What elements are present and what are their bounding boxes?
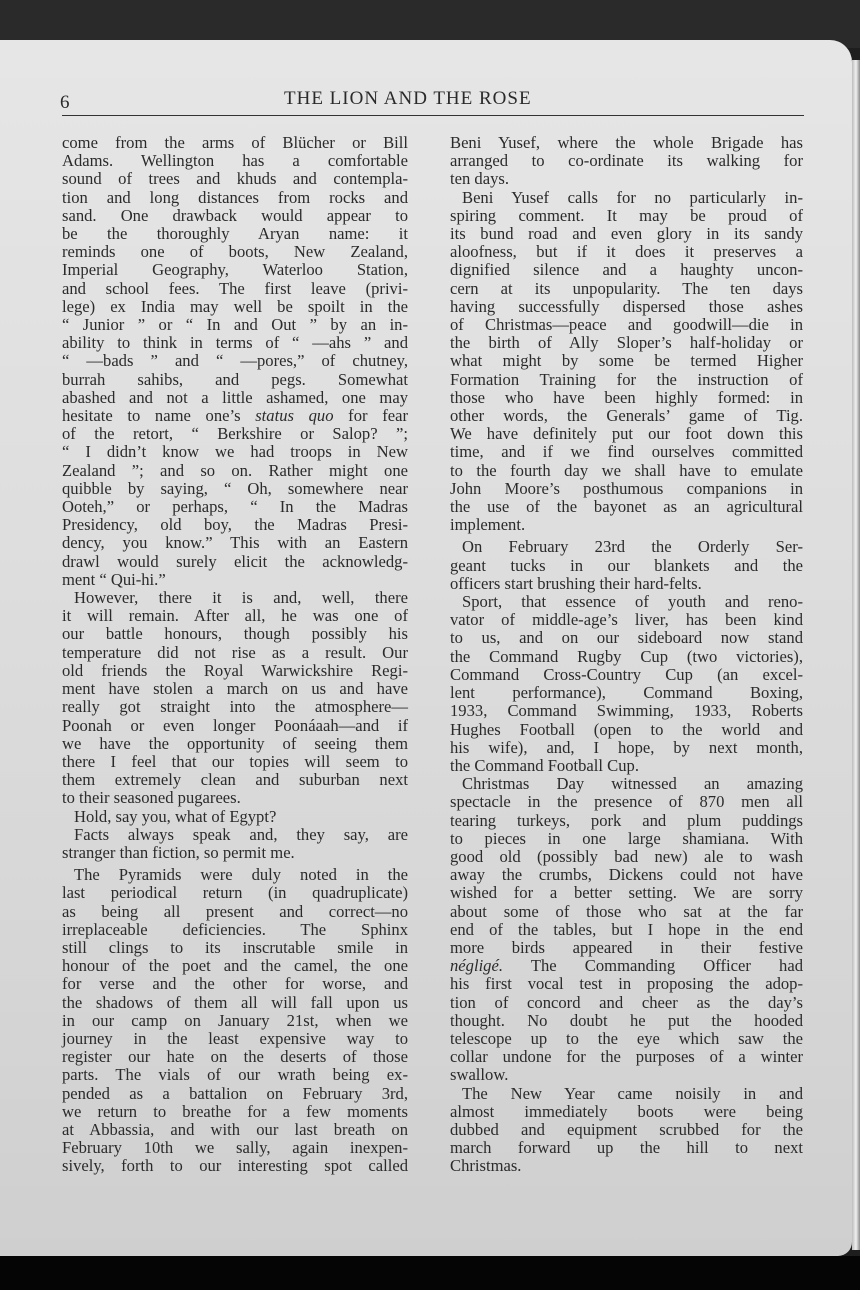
text-line: to their seasoned pugarees.: [62, 789, 408, 807]
text-line: of Christmas—peace and goodwill—die in: [450, 316, 803, 334]
text-line: tearing turkeys, pork and plum puddings: [450, 812, 803, 830]
text-line: quibble by saying, “ Oh, somewhere near: [62, 480, 408, 498]
page-edge: [852, 60, 860, 1250]
italic-phrase: status quo: [255, 406, 333, 425]
text-line: as being all present and correct—no: [62, 903, 408, 921]
text-line: Adams. Wellington has a comfortable: [62, 152, 408, 170]
text-line: the Command Football Cup.: [450, 757, 803, 775]
text-line: Facts always speak and, they say, are: [62, 826, 408, 844]
text-line: in our camp on January 21st, when we: [62, 1012, 408, 1030]
text-line: time, and if we find ourselves committed: [450, 443, 803, 461]
text-line: sound of trees and khuds and contempla-: [62, 170, 408, 188]
text-line: négligé. The Commanding Officer had: [450, 957, 803, 975]
text-line: our battle honours, though possibly his: [62, 625, 408, 643]
text-line: “ —bads ” and “ —pores,” of chutney,: [62, 352, 408, 370]
text-line: end of the tables, but I hope in the end: [450, 921, 803, 939]
text-line: really got straight into the atmosphere—: [62, 698, 408, 716]
text-line: parts. The vials of our wrath being ex-: [62, 1066, 408, 1084]
text-line: collar undone for the purposes of a wint…: [450, 1048, 803, 1066]
text-line: about some of those who sat at the far: [450, 903, 803, 921]
text-line: honour of the poet and the camel, the on…: [62, 957, 408, 975]
text-line: The Pyramids were duly noted in the: [62, 866, 408, 884]
text-line: to pieces in one large shamiana. With: [450, 830, 803, 848]
text-line: swallow.: [450, 1066, 803, 1084]
text-line: Beni Yusef calls for no particularly in-: [450, 189, 803, 207]
text-line: tion and long distances from rocks and: [62, 189, 408, 207]
text-line: The New Year came noisily in and: [450, 1085, 803, 1103]
text-line: telescope up to the eye which saw the: [450, 1030, 803, 1048]
running-header: 6 THE LION AND THE ROSE: [60, 86, 805, 116]
text-line: to the fourth day we shall have to emula…: [450, 462, 803, 480]
text-line: the shadows of them all will fall upon u…: [62, 994, 408, 1012]
text-line: sively, forth to our interesting spot ca…: [62, 1157, 408, 1175]
text-line: irreplaceable deficiencies. The Sphinx: [62, 921, 408, 939]
text-line: what might by some be termed Higher: [450, 352, 803, 370]
right-column: Beni Yusef, where the whole Brigade hasa…: [450, 134, 803, 1176]
text-line: dency, you know.” This with an Eastern: [62, 534, 408, 552]
text-line: burrah sahibs, and pegs. Somewhat: [62, 371, 408, 389]
text-line: Christmas.: [450, 1157, 803, 1175]
text-line: tion of concord and cheer as the day’s: [450, 994, 803, 1012]
text-line: we have the opportunity of seeing them: [62, 735, 408, 753]
text-line: reminds one of boots, New Zealand,: [62, 243, 408, 261]
text-line: However, there it is and, well, there: [62, 589, 408, 607]
text-line: Command Cross-Country Cup (an excel-: [450, 666, 803, 684]
text-line: them extremely clean and suburban next: [62, 771, 408, 789]
text-line: away the crumbs, Dickens could not have: [450, 866, 803, 884]
text-line: other words, the Generals’ game of Tig.: [450, 407, 803, 425]
running-title: THE LION AND THE ROSE: [284, 88, 532, 110]
text-line: march forward up the hill to next: [450, 1139, 803, 1157]
text-line: abashed and not a little ashamed, one ma…: [62, 389, 408, 407]
text-line: lent performance), Command Boxing,: [450, 684, 803, 702]
text-line: pended as a battalion on February 3rd,: [62, 1085, 408, 1103]
scan-background-bottom: [0, 1256, 860, 1290]
text-line: his first vocal test in proposing the ad…: [450, 975, 803, 993]
text-line: ten days.: [450, 170, 803, 188]
text-line: journey in the least expensive way to: [62, 1030, 408, 1048]
text-line: at Abbassia, and with our last breath on: [62, 1121, 408, 1139]
text-line: the birth of Ally Sloper’s half-holiday …: [450, 334, 803, 352]
text-line: We have definitely put our foot down thi…: [450, 425, 803, 443]
text-line: wished for a better setting. We are sorr…: [450, 884, 803, 902]
text-line: those who have been highly formed: in: [450, 389, 803, 407]
text-line: of the retort, “ Berkshire or Salop? ”;: [62, 425, 408, 443]
text-line: good old (possibly bad new) ale to wash: [450, 848, 803, 866]
text-line: dignified silence and a haughty uncon-: [450, 261, 803, 279]
text-line: dubbed and equipment scrubbed for the: [450, 1121, 803, 1139]
text-line: for verse and the other for worse, and: [62, 975, 408, 993]
text-line: register our hate on the deserts of thos…: [62, 1048, 408, 1066]
text-line: old friends the Royal Warwickshire Regi-: [62, 662, 408, 680]
text-line: almost immediately boots were being: [450, 1103, 803, 1121]
text-line: Ooteh,” or perhaps, “ In the Madras: [62, 498, 408, 516]
text-line: Presidency, old boy, the Madras Presi-: [62, 516, 408, 534]
text-line: temperature did not rise as a result. Ou…: [62, 644, 408, 662]
text-line: lege) ex India may well be spoilt in the: [62, 298, 408, 316]
text-line: it will remain. After all, he was one of: [62, 607, 408, 625]
text-line: cern at its unpopularity. The ten days: [450, 280, 803, 298]
text-line: officers start brushing their hard-felts…: [450, 575, 803, 593]
text-line: be the thoroughly Aryan name: it: [62, 225, 408, 243]
text-line: Hold, say you, what of Egypt?: [62, 808, 408, 826]
text-line: to us, and on our sideboard now stand: [450, 629, 803, 647]
text-line: Zealand ”; and so on. Rather might one: [62, 462, 408, 480]
text-line: “ I didn’t know we had troops in New: [62, 443, 408, 461]
text-line: Imperial Geography, Waterloo Station,: [62, 261, 408, 279]
text-line: and school fees. The first leave (privi-: [62, 280, 408, 298]
text-line: ment have stolen a march on us and have: [62, 680, 408, 698]
text-line: Poonah or even longer Poonáaah—and if: [62, 717, 408, 735]
text-line: February 10th we sally, again inexpen-: [62, 1139, 408, 1157]
text-line: stranger than fiction, so permit me.: [62, 844, 408, 862]
text-line: Christmas Day witnessed an amazing: [450, 775, 803, 793]
text-line: Sport, that essence of youth and reno-: [450, 593, 803, 611]
left-column: come from the arms of Blücher or BillAda…: [62, 134, 408, 1176]
text-line: we return to breathe for a few moments: [62, 1103, 408, 1121]
text-line: drawl would surely elicit the acknowledg…: [62, 553, 408, 571]
page-number: 6: [60, 92, 70, 114]
header-rule: [62, 115, 804, 116]
text-line: last periodical return (in quadruplicate…: [62, 884, 408, 902]
text-line: having successfully dispersed those ashe…: [450, 298, 803, 316]
text-line: vator of middle-age’s liver, has been ki…: [450, 611, 803, 629]
text-line: 1933, Command Swimming, 1933, Roberts: [450, 702, 803, 720]
text-line: the use of the bayonet as an agricultura…: [450, 498, 803, 516]
text-line: On February 23rd the Orderly Ser-: [450, 538, 803, 556]
text-line: ability to think in terms of “ —ahs ” an…: [62, 334, 408, 352]
text-line: Beni Yusef, where the whole Brigade has: [450, 134, 803, 152]
text-line: hesitate to name one’s status quo for fe…: [62, 407, 408, 425]
text-line: Hughes Football (open to the world and: [450, 721, 803, 739]
text-line: spectacle in the presence of 870 men all: [450, 793, 803, 811]
text-line: John Moore’s posthumous companions in: [450, 480, 803, 498]
text-line: thought. No doubt he put the hooded: [450, 1012, 803, 1030]
text-line: ment “ Qui-hi.”: [62, 571, 408, 589]
italic-phrase: négligé.: [450, 956, 503, 975]
text-line: Formation Training for the instruction o…: [450, 371, 803, 389]
text-line: still clings to its inscrutable smile in: [62, 939, 408, 957]
text-line: his wife), and, I hope, by next month,: [450, 739, 803, 757]
text-line: more birds appeared in their festive: [450, 939, 803, 957]
text-line: spiring comment. It may be proud of: [450, 207, 803, 225]
text-line: aloofness, but if it does it preserves a: [450, 243, 803, 261]
text-line: the Command Rugby Cup (two victories),: [450, 648, 803, 666]
text-line: its bund road and even glory in its sand…: [450, 225, 803, 243]
text-line: come from the arms of Blücher or Bill: [62, 134, 408, 152]
text-line: “ Junior ” or “ In and Out ” by an in-: [62, 316, 408, 334]
text-line: there I feel that our topies will seem t…: [62, 753, 408, 771]
text-line: sand. One drawback would appear to: [62, 207, 408, 225]
text-line: implement.: [450, 516, 803, 534]
text-line: geant tucks in our blankets and the: [450, 557, 803, 575]
text-line: arranged to co-ordinate its walking for: [450, 152, 803, 170]
